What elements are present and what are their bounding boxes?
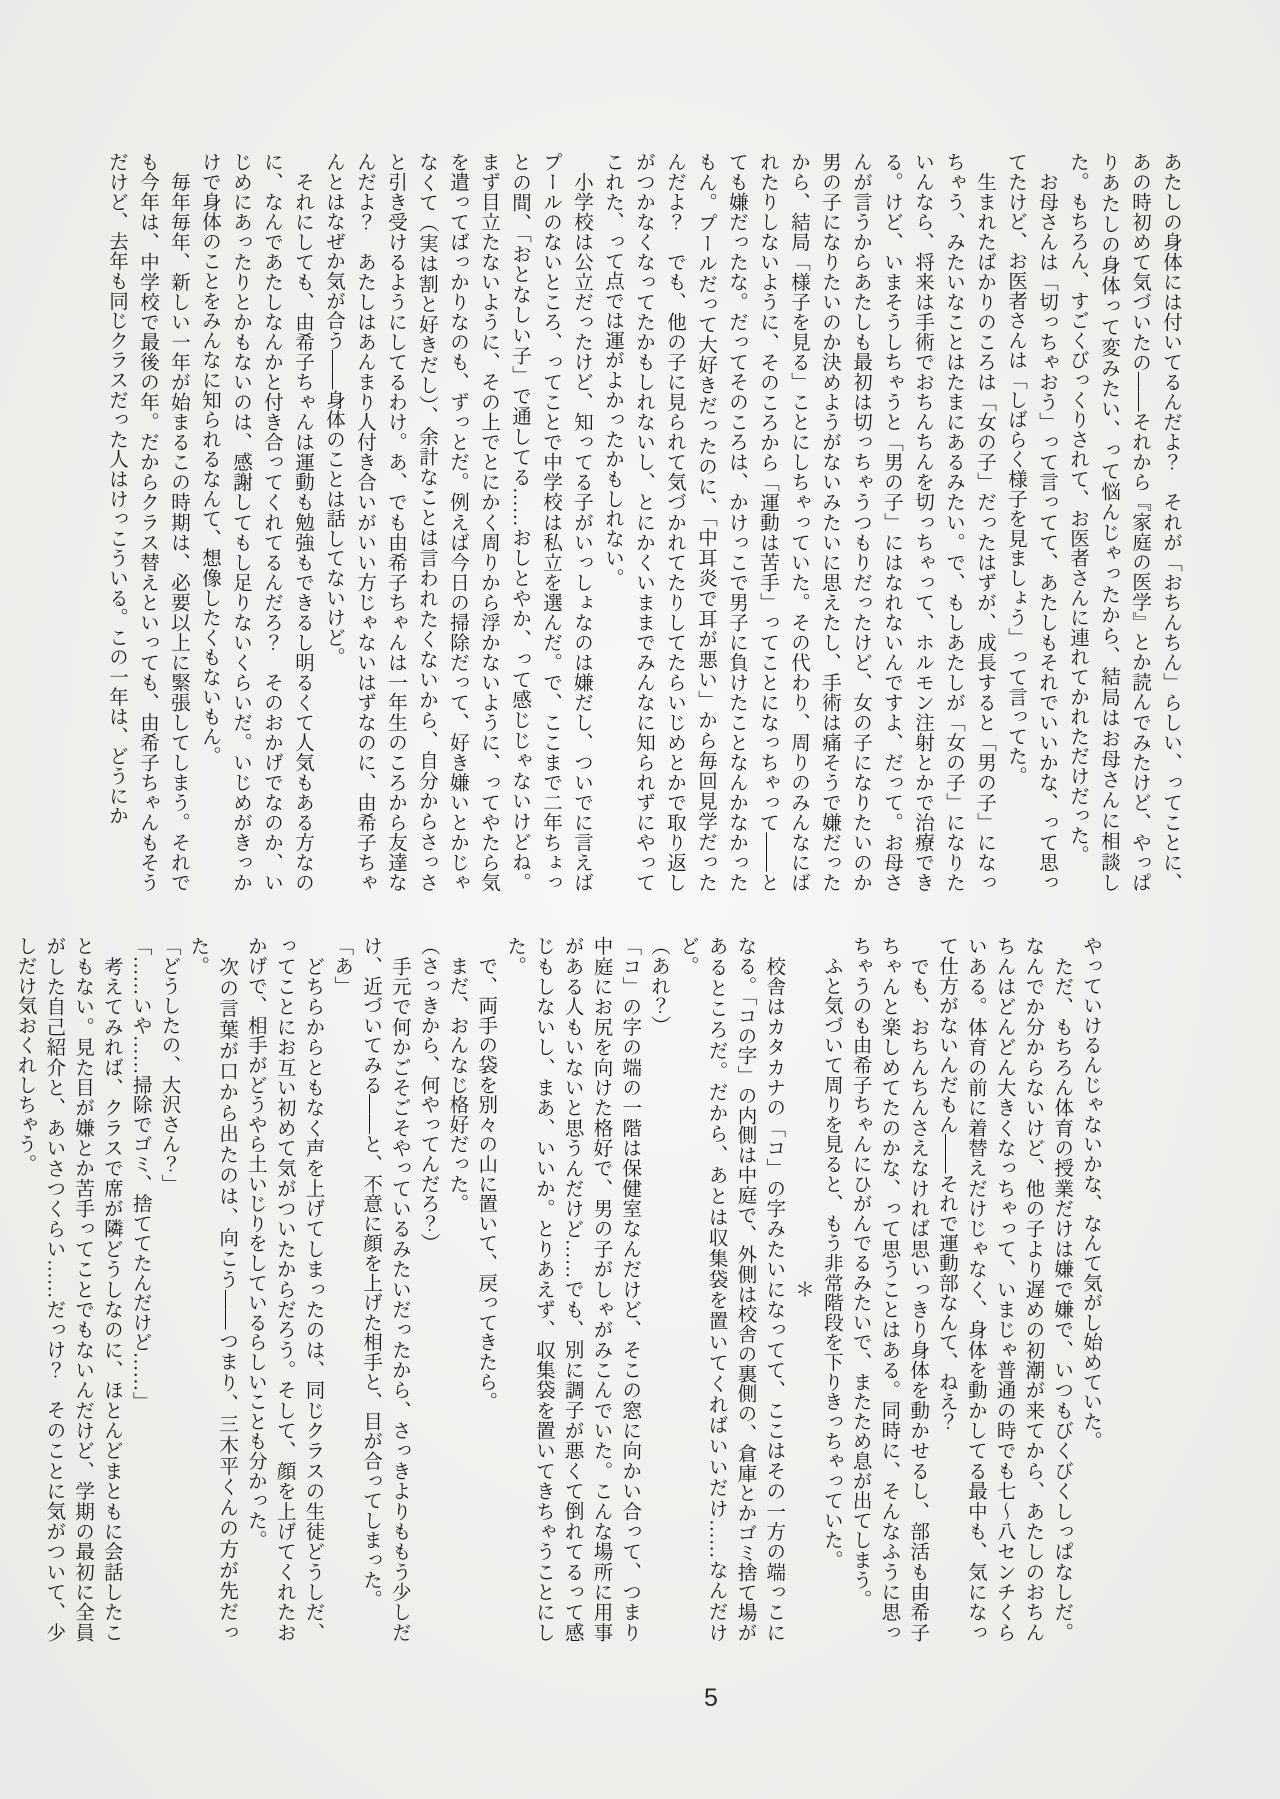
paragraph: 校舎はカタカナの「コ」の字みたいになってて、ここはその一方の端っこになる。「コの… — [672, 936, 787, 1642]
paragraph: でも、おちんちんさえなければ思いっきり身体を動かせるし、部活も由希子ちゃんと楽し… — [845, 936, 931, 1642]
paragraph: 「……いや……掃除でゴミ、捨ててたんだけど……」 — [125, 936, 154, 1642]
paragraph: 考えてみれば、クラスで席が隣どうしなのに、ほとんどまともに会話したこともない。見… — [10, 936, 125, 1642]
paragraph: まだ、おんなじ格好だった。 — [442, 936, 471, 1642]
paragraph: 手元で何かごそごそやっているみたいだったから、さっきよりももう少しだけ、近づいて… — [355, 936, 413, 1642]
paragraph: 生まれたばかりのころは「女の子」だったはずが、成長すると「男の子」になっちゃう、… — [597, 152, 1000, 892]
paragraph: あたしの身体には付いてるんだよ？ それが「おちんちん」らしい、ってことに、あの時… — [1062, 152, 1186, 892]
paragraph: 次の言葉が口から出たのは、向こう——つまり、三木平くんの方が先だった。 — [183, 936, 241, 1642]
paragraph: それにしても、由希子ちゃんは運動も勉強もできるし明るくて人気もある方なのに、なん… — [194, 152, 318, 892]
scanned-book-page: { "page_number": "5", "bands": { "top": … — [0, 0, 1280, 1799]
paragraph: 小学校は公立だったけど、知ってる子がいっしょなのは嫌だし、ついでに言えばプールの… — [318, 152, 597, 892]
paragraph: （あれ？） — [643, 936, 672, 1642]
paragraph: 「あ」 — [326, 936, 355, 1642]
paragraph: 毎年毎年、新しい一年が始まるこの時期は、必要以上に緊張してしまう。それでも今年は… — [101, 152, 194, 892]
paragraph: お母さんは「切っちゃおう」って言ってて、あたしもそれでいいかな、って思ってたけど… — [1000, 152, 1062, 892]
paragraph: 「どうしたの、大沢さん？」 — [154, 936, 183, 1642]
paragraph: どちらからともなく声を上げてしまったのは、同じクラスの生徒どうしだ、ってことにお… — [240, 936, 326, 1642]
paragraph: ただ、もちろん体育の授業だけは嫌で嫌で、いつもびくびくしっぱなしだ。なんでか分か… — [931, 936, 1075, 1642]
bottom-text-band: やっていけるんじゃないかな、なんて気がし始めていた。 ただ、もちろん体育の授業だ… — [10, 936, 1104, 1642]
paragraph: 「コ」の字の端の一階は保健室なんだけど、そこの窓に向かい合って、つまり中庭にお尻… — [499, 936, 643, 1642]
top-text-band: あたしの身体には付いてるんだよ？ それが「おちんちん」らしい、ってことに、あの時… — [101, 152, 1186, 892]
paragraph: で、両手の袋を別々の山に置いて、戻ってきたら。 — [470, 936, 499, 1642]
paragraph: （さっきから、何やってんだろ？） — [413, 936, 442, 1642]
paragraph: やっていけるんじゃないかな、なんて気がし始めていた。 — [1075, 936, 1104, 1642]
page-number: 5 — [704, 1684, 718, 1713]
paragraph: ふと気づいて周りを見ると、もう非常階段を下りきっちゃっていた。 — [816, 936, 845, 1642]
section-separator: ＊ — [787, 936, 816, 1642]
